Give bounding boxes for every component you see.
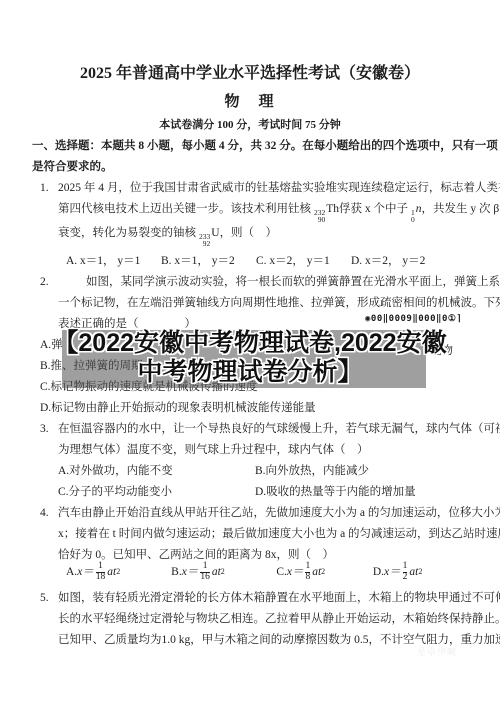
question-1-text3a: 衰变，转化为易裂变的铀核 [58,227,196,239]
uranium-symbol: U [211,227,219,239]
question-1-number: 1. [32,178,58,199]
uranium-nuclide: 23392U [196,227,220,239]
caption-overlay: 【2022安徽中考物理试卷,2022安徽 中考物理试卷分析】 [40,329,460,387]
option-a-lhs: x＝ [77,562,94,583]
option-b-label: B. [171,562,182,583]
question-3-text1: 在恒温容器内的水中，让一个导热良好的气球缓慢上升，若气球无漏气，球内气体（可视 [58,423,500,435]
exam-subject: 物 理 [0,90,500,111]
question-3-line2: 为理想气体）温度不变，则气球上升过程中，球内气体（ ） [32,440,478,461]
question-4-line1: 4.汽车由静止开始沿直线从甲站开往乙站，先做加速度大小为 a 的匀加速运动，位移… [32,503,478,524]
option-d-term: at [409,562,418,583]
question-5-line3: 已知甲、乙质量均为1.0 kg，甲与木箱之间的动摩擦因数为 0.5，不计空气阻力… [32,630,478,651]
thorium-atomic-number: 90 [314,216,325,223]
question-1-line1: 1.2025 年 4 月，位于我国甘肃省武威市的钍基熔盐实验堆实现连续稳定运行，… [32,178,478,199]
option-b-fraction: 116 [200,562,210,582]
question-4-option-a: A.x＝118at2 [66,562,171,583]
caption-line1: 【2022安徽中考物理试卷,2022安徽 [40,329,460,358]
question-3-line1: 3.在恒温容器内的水中，让一个导热良好的气球缓慢上升，若气球无漏气，球内气体（可… [32,419,478,440]
question-5-line1: 5.如图，装有轻质光滑定滑轮的长方体木箱静置在水平地面上，木箱上的物块甲通过不可… [32,588,478,609]
option-c-label: C. [276,562,287,583]
question-1-option-c: C. x＝2， y＝1 [256,251,351,272]
question-5-line2: 长的水平轻绳绕过定滑轮与物块乙相连。乙拉着甲从静止开始运动，木箱始终保持静止。 [32,609,478,630]
question-2-number: 2. [32,272,58,293]
question-3-option-c: C.分子的平均动能变小 [58,482,255,503]
option-a-label: A. [66,562,77,583]
exam-meta-line: 本试卷满分 100 分，考试时间 75 分钟 [0,116,500,132]
question-4-option-d: D.x＝12at2 [373,562,478,583]
question-2-line1: 2.如图，某同学演示波动实验，将一根长而软的弹簧静置在光滑水平面上，弹簧上系有 [32,272,478,293]
exam-title: 2025 年普通高中学业水平选择性考试（安徽卷） [0,60,500,83]
watermark-text: 是卓伊啊 [417,645,457,658]
question-1-option-a: A. x＝1， y＝1 [66,251,161,272]
section-header-line2: 是符合要求的。 [32,157,478,178]
caption-line2: 中考物理试卷分析】 [40,358,460,387]
question-3-option-b: B.向外放热，内能减少 [255,461,369,482]
question-3-options-row2: C.分子的平均动能变小 D.吸收的热量等于内能的增加量 [32,482,478,503]
question-1-text3b: ，则（ ） [220,227,278,239]
option-c-term: at [312,562,321,583]
question-1-text2b: 俘获 x 个中子 [339,203,408,215]
question-3-option-a: A.对外做功，内能不变 [58,461,255,482]
option-b-lhs: x＝ [182,562,199,583]
question-2-line2: 一个标记物，在左端沿弹簧轴线方向周期性地推、拉弹簧，形成疏密相间的机械波。下列 [32,293,478,314]
question-4-option-c: C.x＝18at2 [276,562,373,583]
question-4-text1: 汽车由静止开始沿直线从甲站开往乙站，先做加速度大小为 a 的匀加速运动，位移大小… [58,507,500,519]
thorium-symbol: Th [326,203,339,215]
section-header-line1: 一、选择题：本题共 8 小题，每小题 4 分，共 32 分。在每小题给出的四个选… [32,136,478,157]
question-1-line3: 衰变，转化为易裂变的铀核23392U，则（ ） [32,223,478,247]
option-d-lhs: x＝ [384,562,401,583]
question-1-option-b: B. x＝1， y＝2 [161,251,256,272]
question-4-number: 4. [32,503,58,524]
question-1-text2a: 第四代核电技术上迈出关键一步。该技术利用钍核 [58,203,311,215]
option-b-term: at [212,562,221,583]
uranium-atomic-number: 92 [199,240,210,247]
question-4-options: A.x＝118at2 B.x＝116at2 C.x＝18at2 D.x＝12at… [32,560,478,584]
option-d-fraction: 12 [403,562,408,582]
barcode-stamp: ◉00‖0009‖000‖0①⌉ [365,314,462,324]
neutron-atomic-number: 0 [411,216,415,223]
question-5-number: 5. [32,588,58,609]
question-3-number: 3. [32,419,58,440]
thorium-nuclide: 23290Th [311,203,339,215]
question-5-text1: 如图，装有轻质光滑定滑轮的长方体木箱静置在水平地面上，木箱上的物块甲通过不可伸 [58,592,500,604]
question-2-text1: 如图，某同学演示波动实验，将一根长而软的弹簧静置在光滑水平面上，弹簧上系有 [86,276,500,288]
question-1-options: A. x＝1， y＝1 B. x＝1， y＝2 C. x＝2， y＝1 D. x… [32,251,478,272]
option-a-term: at [107,562,116,583]
question-1-text1: 2025 年 4 月，位于我国甘肃省武威市的钍基熔盐实验堆实现连续稳定运行，标志… [58,182,500,194]
option-c-lhs: x＝ [287,562,304,583]
question-1-line2: 第四代核电技术上迈出关键一步。该技术利用钍核23290Th俘获 x 个中子10n… [32,199,478,223]
option-d-label: D. [373,562,384,583]
exam-body: 一、选择题：本题共 8 小题，每小题 4 分，共 32 分。在每小题给出的四个选… [32,136,478,651]
neutron-nuclide: 10n [408,203,422,215]
question-1-option-d: D. x＝2， y＝2 [351,251,425,272]
option-c-fraction: 18 [305,562,310,582]
option-a-fraction: 118 [96,562,106,582]
question-2-option-d: D.标记物由静止开始振动的现象表明机械波能传递能量 [32,398,478,419]
exam-paper-page: 2025 年普通高中学业水平选择性考试（安徽卷） 物 理 本试卷满分 100 分… [0,0,500,707]
question-3-option-d: D.吸收的热量等于内能的增加量 [255,482,416,503]
question-3-options-row1: A.对外做功，内能不变 B.向外放热，内能减少 [32,461,478,482]
question-1-text2c: ，共发生 y 次 β [422,203,500,215]
question-4-line2: x；接着在 t 时间内做匀速运动；最后做加速度大小也为 a 的匀减速运动，到达乙… [32,524,478,545]
question-4-option-b: B.x＝116at2 [171,562,276,583]
